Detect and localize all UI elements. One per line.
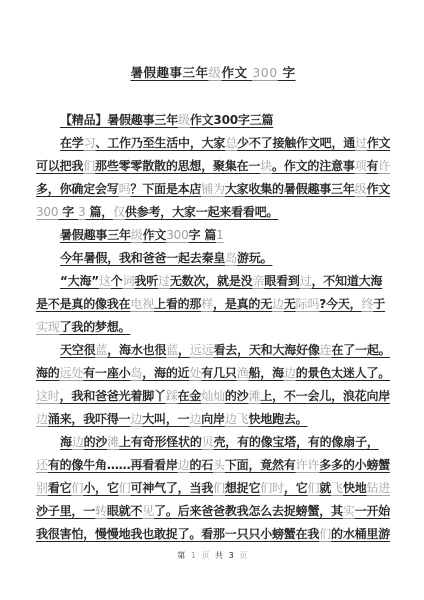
text-line: 暑假趣事三年级作文300字 篇1 bbox=[36, 224, 390, 247]
text-run: 了我的梦想。 bbox=[60, 320, 131, 334]
text-run: ，海的近 bbox=[142, 366, 189, 380]
text-line: “大海”这个词我听过无数次，就是没亲眼看到过，不知道大海 bbox=[36, 270, 390, 293]
text-run-muted: 级 bbox=[355, 182, 367, 196]
text-run-muted: 连 bbox=[320, 343, 332, 357]
text-run-muted: 远远 bbox=[190, 343, 214, 357]
text-run: 作文 bbox=[221, 65, 252, 80]
text-run: 的石 bbox=[189, 458, 213, 472]
text-run: 今年暑假，我和爸爸一起去秦皇 bbox=[60, 251, 225, 265]
text-run-muted: 过 bbox=[355, 136, 367, 150]
text-line: 海的远处有一座小岛，海的近处有几只渔船，海边的景色太迷人了。 bbox=[36, 362, 390, 385]
text-line: 边涌来，我吓得一边大叫，一边向岸边飞快地跑去。 bbox=[36, 408, 390, 431]
text-run: 我听 bbox=[134, 274, 158, 288]
text-run: 就 bbox=[319, 481, 331, 495]
text-line: 可以把我们那些零零散散的思想，聚集在一块。作文的注意事项有许 bbox=[36, 155, 390, 178]
text-run-muted: 终 bbox=[361, 297, 373, 311]
text-run-muted: 过 bbox=[300, 274, 312, 288]
text-run-muted: 贝 bbox=[202, 435, 214, 449]
text-run-muted: 们 bbox=[213, 481, 225, 495]
text-run-muted: 铺为 bbox=[201, 182, 225, 196]
text-line: 在学习、工作乃至生活中，大家总少不了接触作文吧，通过作文 bbox=[36, 132, 390, 155]
text-run: 少不了接触作文吧，通 bbox=[237, 136, 355, 150]
text-line: 多，你确定会写吗？下面是本店铺为大家收集的暑假趣事三年级作文 bbox=[36, 178, 390, 201]
text-run-muted: 们 bbox=[71, 481, 83, 495]
text-run-muted: 们 bbox=[319, 527, 331, 541]
document-body: 【精品】暑假趣事三年级作文300字三篇在学习、工作乃至生活中，大家总少不了接触作… bbox=[36, 109, 390, 546]
text-run: 字 bbox=[278, 65, 296, 80]
text-line: 沙子里，一转眼就不见了。后来爸爸教我怎么去捉螃蟹，其实一开始 bbox=[36, 500, 390, 523]
text-line: 300 字 3 篇，仅供参考，大家一起来看看吧。 bbox=[36, 201, 390, 224]
text-run-muted: 实 bbox=[343, 504, 355, 518]
text-run-muted: 蓝 bbox=[95, 343, 107, 357]
text-run: 是不是真的像我在 bbox=[36, 297, 130, 311]
text-run: 上看的那 bbox=[154, 297, 201, 311]
text-run-muted: 滩 bbox=[107, 435, 119, 449]
text-run: 大家收集的暑假趣事三年 bbox=[225, 182, 355, 196]
text-run: 大叫，一 bbox=[142, 412, 189, 426]
text-run-muted: 习 bbox=[84, 136, 96, 150]
text-run-muted: 过 bbox=[158, 274, 170, 288]
text-run: 的沙 bbox=[84, 435, 108, 449]
text-run-muted: 际吗 bbox=[296, 297, 320, 311]
text-run-muted: 岛 bbox=[225, 251, 237, 265]
text-run: 无 bbox=[284, 297, 296, 311]
text-run-muted: 边 bbox=[130, 412, 142, 426]
text-run: ？下面是本店 bbox=[130, 182, 201, 196]
text-run-muted: 这 bbox=[99, 274, 111, 288]
text-run: 的沙 bbox=[225, 389, 249, 403]
text-line: 【精品】暑假趣事三年级作文300字三篇 bbox=[36, 109, 390, 132]
text-run: 多多的小螃蟹! bbox=[319, 458, 390, 472]
text-run-muted: 这时 bbox=[36, 389, 60, 403]
text-run: 有 bbox=[366, 159, 378, 173]
text-run: 在学 bbox=[60, 136, 84, 150]
text-run: 眼看到 bbox=[264, 274, 299, 288]
text-run-muted: 3 bbox=[78, 205, 85, 219]
text-run-muted: 滩 bbox=[248, 389, 260, 403]
text-run: “大海” bbox=[60, 274, 99, 288]
text-run: 沙子里，一 bbox=[36, 504, 95, 518]
text-run-muted: 项 bbox=[355, 159, 367, 173]
document-page: 暑假趣事三年级作文 300 字 【精品】暑假趣事三年级作文300字三篇在学习、工… bbox=[0, 0, 424, 600]
text-run-muted: 级 bbox=[208, 65, 221, 80]
text-run-muted: 页 bbox=[235, 551, 249, 560]
text-run-muted: 级 bbox=[178, 113, 190, 127]
text-run-muted: 吗 bbox=[119, 182, 131, 196]
text-run-muted: 边飞 bbox=[225, 412, 249, 426]
text-run-muted: 边 bbox=[272, 297, 284, 311]
text-line: 实现了我的梦想。 bbox=[36, 316, 390, 339]
text-run: 可以把我 bbox=[36, 159, 83, 173]
text-run: 有的像牛角……再看看岸 bbox=[48, 458, 178, 472]
text-run-muted: 边 bbox=[72, 435, 84, 449]
text-run: ， bbox=[178, 343, 190, 357]
text-run-muted: 处 bbox=[189, 366, 201, 380]
text-run-muted: 300 bbox=[166, 228, 188, 242]
text-run: 作文300字三篇 bbox=[190, 113, 273, 127]
text-run-muted: 级 bbox=[131, 228, 143, 242]
text-run: ，它 bbox=[284, 481, 308, 495]
text-run: 下面，竟然有 bbox=[225, 458, 296, 472]
text-run: 暑假趣事三年 bbox=[60, 228, 131, 242]
text-run: 上有奇形怪状的 bbox=[119, 435, 202, 449]
text-run: 了。后来爸爸教我怎么去捉螃蟹，其 bbox=[154, 504, 343, 518]
text-run: 看去，天和大海好像 bbox=[213, 343, 319, 357]
text-line: 这时，我和爸爸光着脚丫踩在金灿灿的沙滩上，不一会儿，浪花向岸 bbox=[36, 385, 390, 408]
text-run: 想捉它 bbox=[225, 481, 260, 495]
text-run-muted: 实现 bbox=[36, 320, 60, 334]
text-run: ?今天， bbox=[319, 297, 361, 311]
text-run-muted: 词 bbox=[123, 274, 135, 288]
text-run-muted: 渔 bbox=[237, 366, 249, 380]
text-run-muted: 蓝 bbox=[166, 343, 178, 357]
text-run: 作文 bbox=[366, 182, 390, 196]
text-run-muted: 踩 bbox=[166, 389, 178, 403]
text-run-muted: 边 bbox=[189, 412, 201, 426]
text-run: 有一座小 bbox=[83, 366, 130, 380]
text-run-muted: 还 bbox=[36, 458, 48, 472]
text-run: 涌来，我吓得一 bbox=[48, 412, 131, 426]
text-run: ，不知道大海 bbox=[311, 274, 382, 288]
text-run-muted: 们 bbox=[308, 481, 320, 495]
text-run-muted: 总 bbox=[225, 136, 237, 150]
text-run: 眼就不 bbox=[107, 504, 142, 518]
text-run-muted: 见 bbox=[142, 504, 154, 518]
text-run-muted: 亲 bbox=[252, 274, 264, 288]
page-number-footer: 第 1 页 共 3 页 bbox=[36, 550, 390, 561]
text-run: 上，不一会儿，浪花向岸 bbox=[260, 389, 390, 403]
text-run: 壳，有的像宝塔，有的像扇子， bbox=[213, 435, 378, 449]
text-run: 可神气了，当我 bbox=[130, 481, 213, 495]
text-run-muted: 远处 bbox=[60, 366, 84, 380]
text-line: 是不是真的像我在电视上看的那样，是真的无边无际吗?今天，终于 bbox=[36, 293, 390, 316]
text-run: 供参考，大家一起来看看吧。 bbox=[125, 205, 278, 219]
text-run-muted: 300 bbox=[36, 205, 58, 219]
text-run-muted: 仅 bbox=[113, 205, 125, 219]
text-run: 作文 bbox=[367, 136, 390, 150]
text-run-muted: 电视 bbox=[130, 297, 154, 311]
text-run-muted: 们时 bbox=[260, 481, 284, 495]
text-run: 多，你确定会写 bbox=[36, 182, 119, 196]
text-run: 那些零零散散的思想，聚集在一 bbox=[95, 159, 260, 173]
page-title: 暑假趣事三年级作文 300 字 bbox=[36, 63, 390, 83]
text-run-muted: 1 页 bbox=[191, 551, 211, 560]
text-run: ，海水也很 bbox=[107, 343, 166, 357]
text-run-muted: 灿灿 bbox=[201, 389, 225, 403]
text-run: 小，它 bbox=[83, 481, 118, 495]
text-run: 有几只 bbox=[201, 366, 236, 380]
text-line: 今年暑假，我和爸爸一起去秦皇岛游玩。 bbox=[36, 247, 390, 270]
text-run-muted: 300 bbox=[252, 65, 277, 80]
text-run: 作文 bbox=[143, 228, 167, 242]
text-run: 向岸 bbox=[201, 412, 225, 426]
text-run: 共 bbox=[211, 551, 229, 560]
text-run-muted: 样 bbox=[201, 297, 213, 311]
text-run: 第 bbox=[177, 551, 191, 560]
text-run: 字 bbox=[58, 205, 78, 219]
text-run: 暑假趣事三年 bbox=[130, 65, 208, 80]
text-run: 天空很 bbox=[60, 343, 95, 357]
text-run: ，是真的无 bbox=[213, 297, 272, 311]
text-line: 我很害怕，慢慢地我也敢捉了。看那一只只小螃蟹在我们的水桶里游 bbox=[36, 523, 390, 546]
text-run: 看它 bbox=[48, 481, 72, 495]
text-run-muted: 边 bbox=[284, 366, 296, 380]
text-run: 游玩。 bbox=[237, 251, 272, 265]
text-run: 海的 bbox=[36, 366, 60, 380]
text-run: 的景色太迷人了。 bbox=[296, 366, 390, 380]
text-run: 篇， bbox=[86, 205, 114, 219]
text-run: 我很害怕，慢慢地我也敢捉了。看那一只只小螃蟹在我 bbox=[36, 527, 319, 541]
text-run: 于 bbox=[373, 297, 385, 311]
text-run-muted: 飞 bbox=[331, 481, 343, 495]
text-run: 的水桶里游 bbox=[331, 527, 390, 541]
text-run: 【精品】暑假趣事三年 bbox=[60, 113, 178, 127]
text-line: 天空很蓝，海水也很蓝，远远看去，天和大海好像连在了一起。 bbox=[36, 339, 390, 362]
text-run: 、工作乃至生活中，大家 bbox=[95, 136, 225, 150]
text-run-muted: 别 bbox=[36, 481, 48, 495]
text-run-muted: 边 bbox=[178, 458, 190, 472]
text-run: 船，海 bbox=[248, 366, 283, 380]
text-run-muted: 许 bbox=[378, 159, 390, 173]
text-run-muted: 们 bbox=[83, 159, 95, 173]
text-run: 一开始 bbox=[355, 504, 390, 518]
text-run: ，我和爸爸光着脚丫 bbox=[60, 389, 166, 403]
text-run: 字 篇 bbox=[189, 228, 217, 242]
text-line: 别看它们小，它们可神气了，当我们想捉它们时，它们就飞快地钻进 bbox=[36, 477, 390, 500]
text-run-muted: 钻进 bbox=[367, 481, 390, 495]
text-run-muted: 块 bbox=[260, 159, 272, 173]
text-run: 在金 bbox=[178, 389, 202, 403]
text-run-muted: 许许 bbox=[296, 458, 320, 472]
text-run: 海 bbox=[60, 435, 72, 449]
text-run-muted: 头 bbox=[213, 458, 225, 472]
text-run: 快地跑去。 bbox=[248, 412, 307, 426]
text-run: 个 bbox=[111, 274, 123, 288]
text-run-muted: 岛 bbox=[130, 366, 142, 380]
text-run: 。作文的注意事 bbox=[272, 159, 355, 173]
text-run: 快地 bbox=[343, 481, 367, 495]
text-run-muted: 转 bbox=[95, 504, 107, 518]
text-run-muted: 们 bbox=[119, 481, 131, 495]
text-line: 还有的像牛角……再看看岸边的石头下面，竟然有许许多多的小螃蟹! bbox=[36, 454, 390, 477]
text-run-muted: 1 bbox=[216, 228, 223, 242]
text-run-muted: 边 bbox=[36, 412, 48, 426]
text-run: 无数次，就是没 bbox=[170, 274, 253, 288]
text-line: 海边的沙滩上有奇形怪状的贝壳，有的像宝塔，有的像扇子， bbox=[36, 431, 390, 454]
text-run: 在了一起。 bbox=[331, 343, 390, 357]
